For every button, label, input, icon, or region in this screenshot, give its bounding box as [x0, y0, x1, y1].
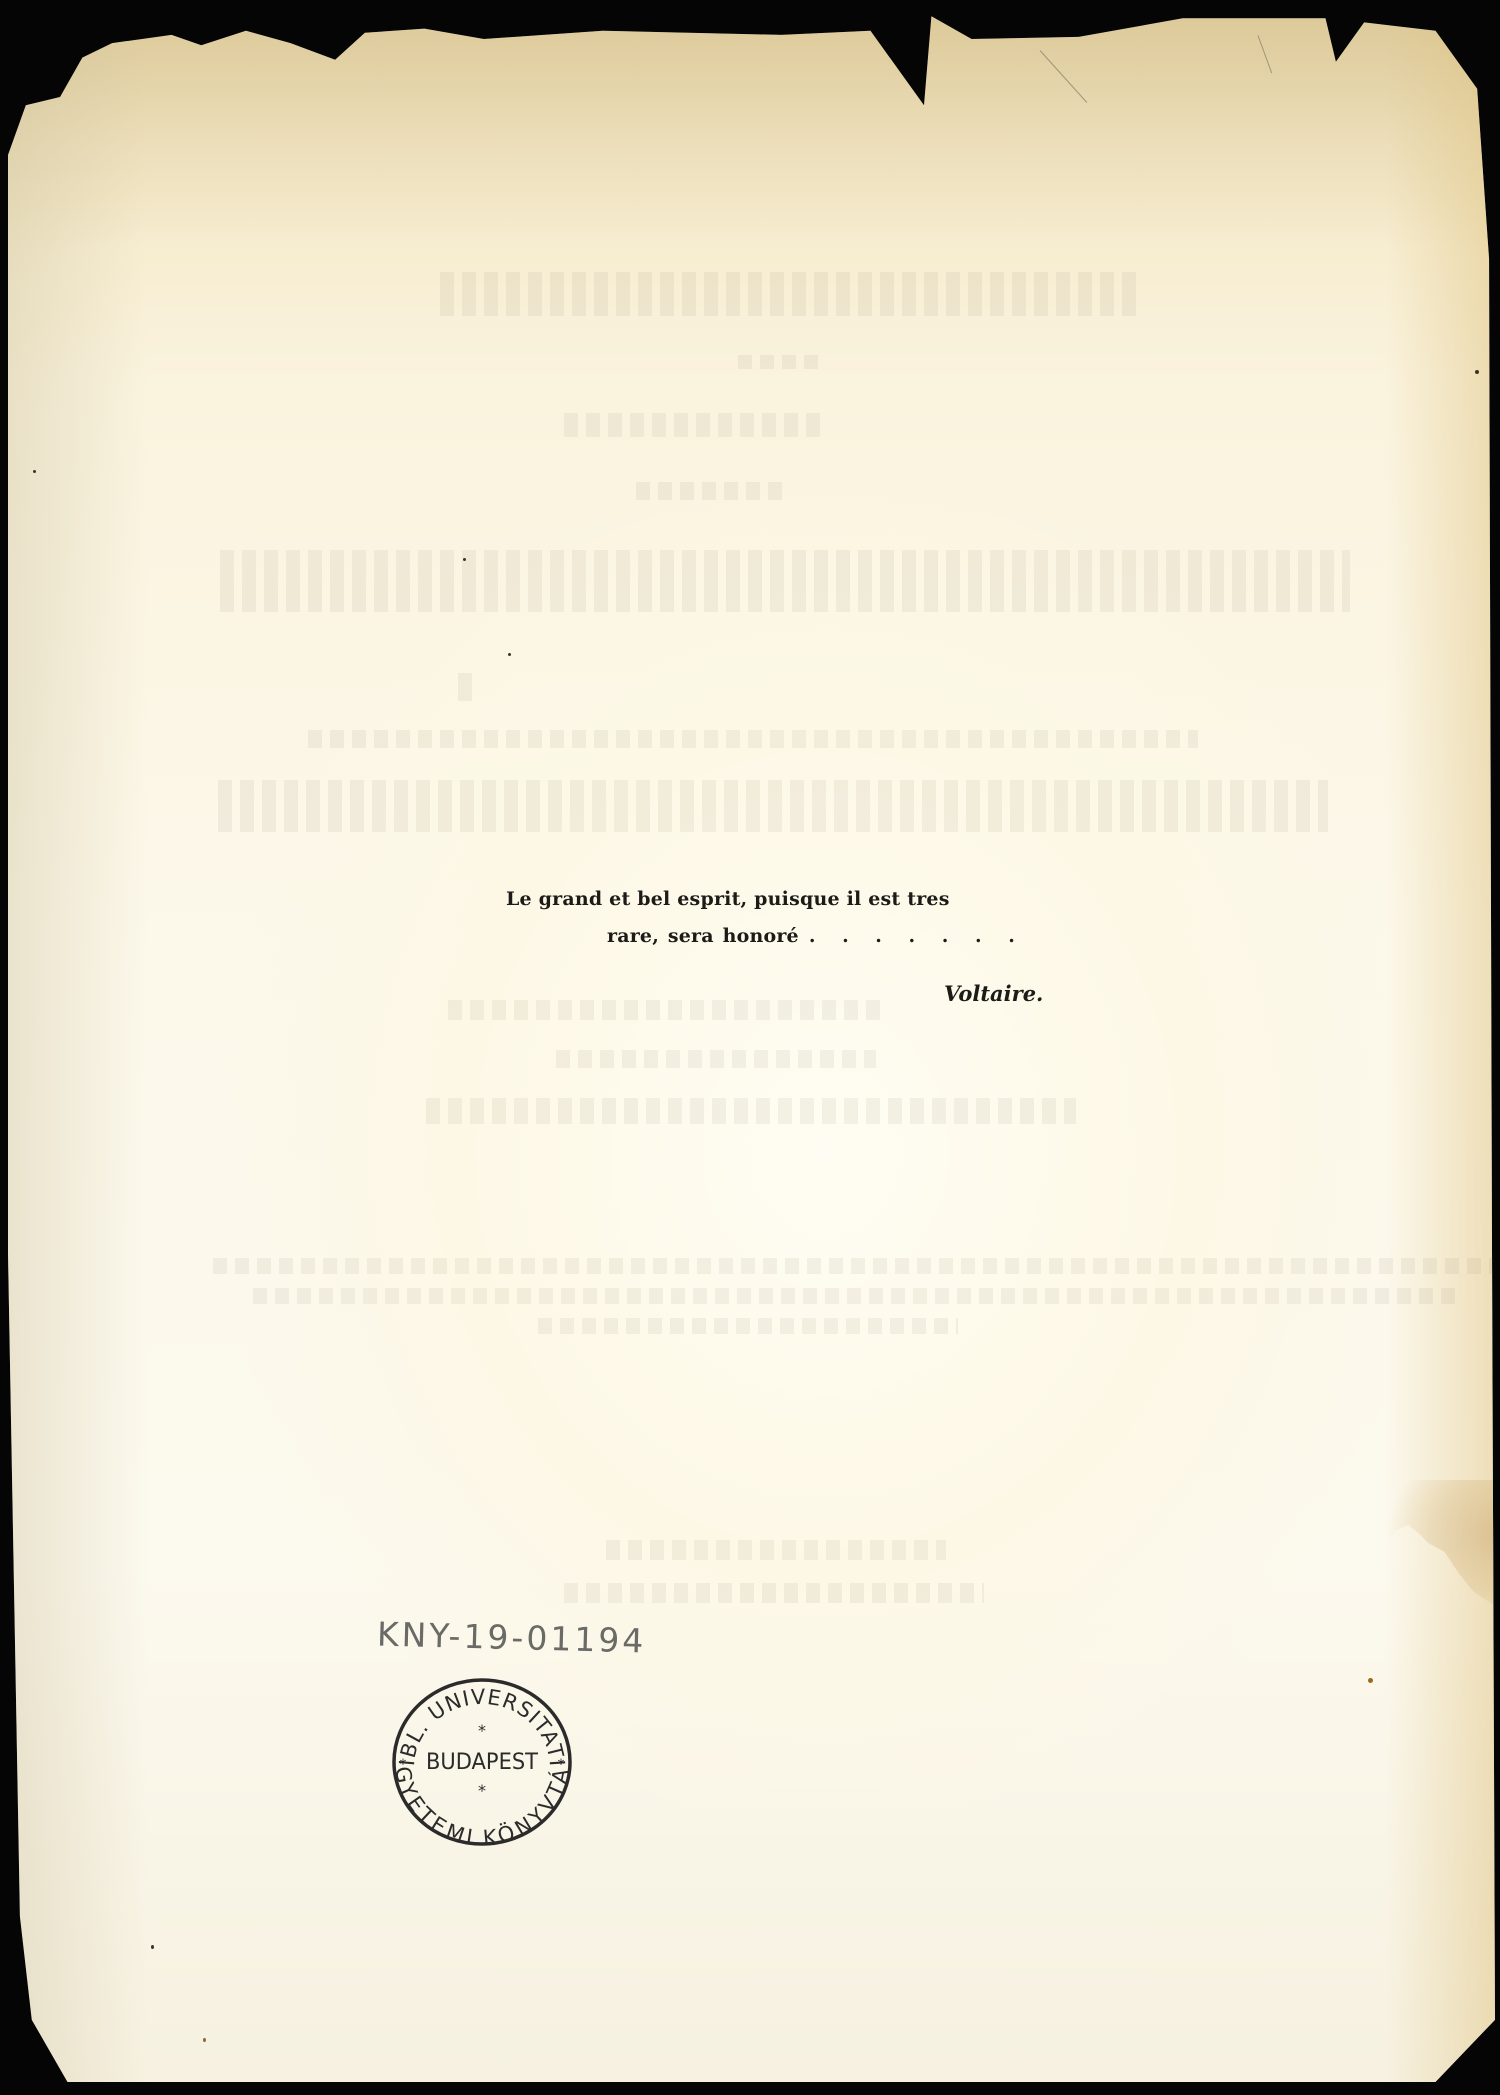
- show-through-text: [253, 1288, 1463, 1304]
- stamp-star-bottom: *: [478, 1781, 486, 1800]
- show-through-text: [218, 780, 1328, 832]
- epigraph-line-1: Le grand et bel esprit, puisque il est t…: [506, 888, 950, 910]
- stamp-center-text: BUDAPEST: [426, 1750, 539, 1775]
- stamp-star-right: *: [558, 1757, 565, 1773]
- show-through-text: [564, 1583, 984, 1603]
- show-through-text: [538, 1318, 958, 1334]
- show-through-text: [220, 550, 1350, 612]
- library-stamp: BIBL. UNIVERSITATIS EGYETEMI KÖNYVTÁR * …: [390, 1676, 574, 1848]
- right-edge-shade: [1385, 10, 1495, 2082]
- epigraph-line-2: rare, sera honoré. . . . . . .: [607, 925, 1024, 947]
- epigraph-line-2-text: rare, sera honoré: [607, 925, 799, 947]
- show-through-text: [564, 413, 824, 437]
- show-through-text: [458, 673, 478, 701]
- scanned-page: [8, 10, 1495, 2082]
- handwritten-accession-number: KNY-19-01194: [377, 1614, 647, 1660]
- show-through-text: [440, 272, 1140, 316]
- show-through-text: [448, 1000, 888, 1020]
- show-through-text: [606, 1540, 946, 1560]
- epigraph-ellipsis: . . . . . . .: [809, 925, 1024, 947]
- show-through-text: [738, 355, 818, 369]
- stamp-star-top: *: [478, 1721, 486, 1740]
- show-through-text: [213, 1258, 1500, 1274]
- show-through-text: [636, 482, 786, 500]
- show-through-text: [426, 1098, 1076, 1124]
- left-edge-shade: [8, 10, 148, 2082]
- epigraph-attribution: Voltaire.: [944, 981, 1043, 1006]
- show-through-text: [308, 730, 1198, 748]
- show-through-text: [556, 1050, 876, 1068]
- top-aging-shade: [8, 10, 1495, 250]
- stamp-star-left: *: [400, 1757, 407, 1773]
